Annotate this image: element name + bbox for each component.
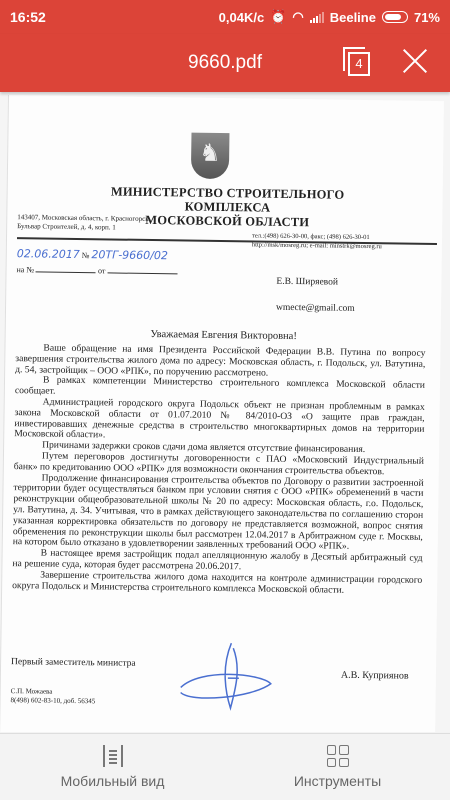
tools-grid-icon: [327, 745, 349, 767]
recipient-name: Е.В. Ширяевой: [276, 277, 338, 288]
status-time: 16:52: [10, 9, 219, 25]
bottom-toolbar: Мобильный вид Инструменты: [0, 733, 450, 800]
mobile-view-icon: [103, 745, 123, 767]
registration-line: 02.06.2017 № 20ТГ-9660/02: [17, 247, 168, 262]
mobile-view-button[interactable]: Мобильный вид: [0, 734, 225, 800]
network-speed: 0,04K/c: [219, 10, 265, 25]
signal-icon: [310, 12, 324, 23]
status-bar: 16:52 0,04K/c ⏰ ◠ Beeline 71%: [0, 0, 450, 34]
document-title: 9660.pdf: [0, 52, 450, 74]
pdf-viewer[interactable]: МИНИСТЕРСТВО СТРОИТЕЛЬНОГО КОМПЛЕКСА МОС…: [0, 92, 450, 732]
recipient-email: wmecte@gmail.com: [276, 303, 355, 314]
mobile-view-label: Мобильный вид: [61, 773, 165, 789]
greeting: Уважаемая Евгения Викторовна!: [6, 327, 442, 344]
wifi-icon: ◠: [292, 9, 303, 25]
performer-info: С.П. Можаева 8(498) 602-83-10, доб. 5634…: [10, 687, 95, 706]
app-bar: 9660.pdf 4: [0, 34, 450, 92]
ministry-address: 143407, Московская область, г. Красногор…: [17, 213, 149, 233]
page-count: 4: [348, 52, 370, 76]
pdf-page: МИНИСТЕРСТВО СТРОИТЕЛЬНОГО КОМПЛЕКСА МОС…: [0, 95, 444, 732]
alarm-icon: ⏰: [270, 9, 286, 25]
battery-icon: [382, 11, 408, 23]
coat-of-arms-icon: [191, 133, 230, 180]
registration-date: 02.06.2017: [17, 247, 80, 261]
battery-level: 71%: [414, 10, 440, 25]
signer-title: Первый заместитель министра: [11, 657, 136, 669]
letter-body: Ваше обращение на имя Президента Российс…: [12, 343, 425, 597]
tools-label: Инструменты: [294, 773, 381, 789]
carrier-name: Beeline: [330, 10, 376, 25]
tools-button[interactable]: Инструменты: [225, 734, 450, 800]
close-icon[interactable]: [402, 48, 428, 74]
registration-number: 20ТГ-9660/02: [91, 248, 168, 262]
page-switcher-button[interactable]: 4: [343, 47, 371, 77]
reference-line: на № от: [16, 265, 177, 276]
status-indicators: 0,04K/c ⏰ ◠ Beeline 71%: [219, 9, 440, 25]
signature-icon: [170, 637, 291, 719]
signer-name: А.В. Куприянов: [341, 670, 409, 682]
